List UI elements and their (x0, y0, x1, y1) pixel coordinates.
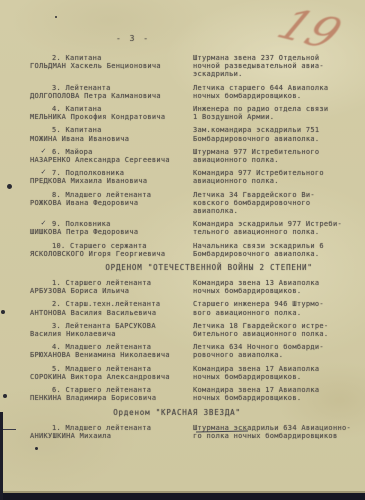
entry-position-line: Начальника связи эскадрильи 6 (193, 242, 363, 250)
entry-name: СОРОКИНА Виктора Александровича (22, 373, 190, 381)
entry-number-rank: 3. Лейтенанта (22, 84, 190, 92)
ink-speck (35, 447, 38, 450)
entry-name: МЕЛЬНИКА Прокофия Кондратовича (22, 113, 190, 121)
entry-position-line: Летчика 34 Гвардейского Ви- (193, 191, 363, 199)
entry-position-line: Летчика старшего 644 Авиаполка (193, 84, 363, 92)
entry-name: ДОЛГОПОЛОВА Петра Калмановича (22, 92, 190, 100)
entry-name: ШИШКОВА Петра Федоровича (22, 228, 190, 236)
entry-position-line: тельного авиационного полка. (193, 228, 363, 236)
entry-position-line: авиационного полка. (193, 156, 363, 164)
entry-position-unit: Зам.командира эскадрильи 751Бомбардирово… (193, 126, 363, 142)
entry-recipient: 2. Старш.техн.лейтенантаАНТОНОВА Василия… (22, 300, 190, 316)
entry-position-line: ночных бомбардировщиков. (193, 92, 363, 100)
award-list: 2. КапитанаГОЛЬДМАН Хаскель Бенционовича… (22, 54, 362, 445)
entry-number-rank: 4. Капитана (22, 105, 190, 113)
award-entry: 2. КапитанаГОЛЬДМАН Хаскель Бенционовича… (22, 54, 362, 79)
entry-position-line: ковского бомбардировочного (193, 199, 363, 207)
entry-position-line: Бомбардировочного авиаполка. (193, 250, 363, 258)
entry-position-line: Зам.командира эскадрильи 751 (193, 126, 363, 134)
award-entry: 5. Младшего лейтенантаСОРОКИНА Виктора А… (22, 365, 362, 381)
entry-recipient: 3. Лейтенанта БАРСУКОВАВасилия Николаеви… (22, 322, 190, 338)
entry-position-unit: Летчика 34 Гвардейского Ви-ковского бомб… (193, 191, 363, 216)
award-entry: 4. КапитанаМЕЛЬНИКА Прокофия Кондратович… (22, 105, 362, 121)
award-entry: ✓6. МайораНАЗАРЕНКО Александра Сергеевич… (22, 148, 362, 164)
entry-recipient: ✓6. МайораНАЗАРЕНКО Александра Сергеевич… (22, 148, 190, 164)
entry-position-unit: Старшего инженера 946 Штурмо-вого авиаци… (193, 300, 363, 316)
entry-position-unit: Командира звена 13 Авиаполканочных бомба… (193, 279, 363, 295)
award-entry: 6. Старшего лейтенантаПЕНКИНА Владимира … (22, 386, 362, 402)
award-entry: ✓7. ПодполковникаПРЕДКОВА Михаила Иванов… (22, 169, 362, 185)
entry-position-unit: Начальника связи эскадрильи 6Бомбардиров… (193, 242, 363, 258)
entry-number-rank: 2. Старш.техн.лейтенанта (22, 300, 190, 308)
entry-position-line: эскадрильи. (193, 70, 363, 78)
entry-number-rank: 2. Капитана (22, 54, 190, 62)
entry-position-unit: Летчика старшего 644 Авиаполканочных бом… (193, 84, 363, 100)
section-header: ОРДЕНОМ "ОТЕЧЕСТВЕННОЙ ВОЙНЫ 2 СТЕПЕНИ" (22, 263, 362, 272)
entry-number-rank: 10. Старшего сержанта (22, 242, 190, 250)
entry-position-line: вого авиационного полка. (193, 309, 363, 317)
entry-name: АНТОНОВА Василия Васильевича (22, 309, 190, 317)
award-entry: 5. КапитанаМОЖИНА Ивана ИвановичаЗам.ком… (22, 126, 362, 142)
entry-number-rank: 8. Младшего лейтенанта (22, 191, 190, 199)
entry-position-unit: Командира 977 Истребительногоавиационног… (193, 169, 363, 185)
entry-name: АРБУЗОВА Бориса Ильича (22, 287, 190, 295)
entry-number-rank: 5. Младшего лейтенанта (22, 365, 190, 373)
entry-name: БРЮХАНОВА Вениамина Николаевича (22, 351, 190, 359)
entry-position-unit: Командира звена 17 Авиаполканочных бомба… (193, 386, 363, 402)
entry-recipient: 2. КапитанаГОЛЬДМАН Хаскель Бенционовича (22, 54, 190, 79)
entry-recipient: 10. Старшего сержантаЯСКОЛОВСКОГО Игоря … (22, 242, 190, 258)
scanned-award-document: - 3 - 19 2. КапитанаГОЛЬДМАН Хаскель Бен… (0, 0, 365, 500)
award-entry: 3. Лейтенанта БАРСУКОВАВасилия Николаеви… (22, 322, 362, 338)
entry-name: Василия Николаевича (22, 330, 190, 338)
handwritten-check-icon: ✓ (41, 218, 46, 227)
section-header: Орденом "КРАСНАЯ ЗВЕЗДА" (22, 408, 362, 417)
entry-position-line: ночных бомбардировщиков. (193, 287, 363, 295)
entry-position-line: Командира 977 Истребительного (193, 169, 363, 177)
entry-recipient: 1. Младшего лейтенантаАНИКУШКИНА Михаила (22, 424, 190, 440)
entry-position-line: ночных бомбардировщиков. (193, 394, 363, 402)
entry-recipient: 5. Младшего лейтенантаСОРОКИНА Виктора А… (22, 365, 190, 381)
entry-position-line: Штурмана звена 237 Отдельной (193, 54, 363, 62)
entry-number-rank: 5. Капитана (22, 126, 190, 134)
entry-recipient: ✓9. ПолковникаШИШКОВА Петра Федоровича (22, 220, 190, 236)
entry-position-unit: Штурмана 977 Истребительногоавиационного… (193, 148, 363, 164)
entry-name: НАЗАРЕНКО Александра Сергеевича (22, 156, 190, 164)
award-entry: 3. ЛейтенантаДОЛГОПОЛОВА Петра Калманови… (22, 84, 362, 100)
handwritten-check-icon: ✓ (41, 146, 46, 155)
entry-recipient: 1. Старшего лейтенантаАРБУЗОВА Бориса Ил… (22, 279, 190, 295)
entry-recipient: 8. Младшего лейтенантаРОЖКОВА Ивана Федо… (22, 191, 190, 216)
entry-position-line: ночных бомбардировщиков. (193, 373, 363, 381)
entry-position-line: Старшего инженера 946 Штурмо- (193, 300, 363, 308)
entry-name: ЯСКОЛОВСКОГО Игоря Георгиевича (22, 250, 190, 258)
entry-position-line: Штурмана 977 Истребительного (193, 148, 363, 156)
entry-position-unit: Штурмана звена 237 Отдельнойночной разве… (193, 54, 363, 79)
entry-position-line: Командира эскадрильи 977 Истреби- (193, 220, 363, 228)
award-entry: 8. Младшего лейтенантаРОЖКОВА Ивана Федо… (22, 191, 362, 216)
award-entry: 1. Младшего лейтенантаАНИКУШКИНА Михаила… (22, 424, 362, 440)
page-number: - 3 - (116, 34, 150, 43)
entry-position-line: ночной разведывательной авиа- (193, 62, 363, 70)
entry-recipient: 4. Младшего лейтенантаБРЮХАНОВА Вениамин… (22, 343, 190, 359)
entry-position-line: авиационного полка. (193, 177, 363, 185)
entry-position-unit: Летчика 18 Гвардейского истре-бительного… (193, 322, 363, 338)
entry-recipient: 6. Старшего лейтенантаПЕНКИНА Владимира … (22, 386, 190, 402)
entry-position-line: бительного авиационного полка. (193, 330, 363, 338)
entry-position-unit: Командира эскадрильи 977 Истреби-тельног… (193, 220, 363, 236)
entry-recipient: 3. ЛейтенантаДОЛГОПОЛОВА Петра Калманови… (22, 84, 190, 100)
entry-position-line: Бомбардировочного авиаполка. (193, 135, 363, 143)
award-entry: 2. Старш.техн.лейтенантаАНТОНОВА Василия… (22, 300, 362, 316)
entry-name: АНИКУШКИНА Михаила (22, 432, 190, 440)
entry-recipient: 4. КапитанаМЕЛЬНИКА Прокофия Кондратович… (22, 105, 190, 121)
entry-position-line: Инженера по радио отдела связи (193, 105, 363, 113)
entry-recipient: ✓7. ПодполковникаПРЕДКОВА Михаила Иванов… (22, 169, 190, 185)
entry-number-rank: 3. Лейтенанта БАРСУКОВА (22, 322, 190, 330)
ink-speck (3, 394, 7, 398)
entry-position-unit: Летчика 634 Ночного бомбарди-ровочного а… (193, 343, 363, 359)
entry-position-line: Летчика 18 Гвардейского истре- (193, 322, 363, 330)
award-entry: 4. Младшего лейтенантаБРЮХАНОВА Вениамин… (22, 343, 362, 359)
entry-position-line: 1 Воздушной Армии. (193, 113, 363, 121)
scan-background-edge (0, 412, 3, 500)
scan-background-edge (0, 493, 365, 500)
ink-speck (1, 310, 5, 314)
entry-position-line: Летчика 634 Ночного бомбарди- (193, 343, 363, 351)
handwritten-red-number: 19 (270, 3, 347, 56)
entry-position-line: го полка ночных бомбардировщиков (193, 432, 363, 440)
entry-position-line: авиаполка. (193, 207, 363, 215)
entry-number-rank: 1. Младшего лейтенанта (22, 424, 190, 432)
entry-name: РОЖКОВА Ивана Федоровича (22, 199, 190, 207)
entry-position-line: ровочного авиаполка. (193, 351, 363, 359)
entry-position-line: Командира звена 17 Авиаполка (193, 365, 363, 373)
ink-speck (55, 16, 57, 18)
entry-name: МОЖИНА Ивана Ивановича (22, 135, 190, 143)
entry-position-unit: Инженера по радио отдела связи1 Воздушно… (193, 105, 363, 121)
award-entry: 1. Старшего лейтенантаАРБУЗОВА Бориса Ил… (22, 279, 362, 295)
award-entry: ✓9. ПолковникаШИШКОВА Петра ФедоровичаКо… (22, 220, 362, 236)
entry-name: ГОЛЬДМАН Хаскель Бенционовича (22, 62, 190, 70)
ink-speck (7, 184, 12, 189)
entry-recipient: 5. КапитанаМОЖИНА Ивана Ивановича (22, 126, 190, 142)
handwritten-check-icon: ✓ (41, 167, 46, 176)
award-entry: 10. Старшего сержантаЯСКОЛОВСКОГО Игоря … (22, 242, 362, 258)
entry-position-unit: Командира звена 17 Авиаполканочных бомба… (193, 365, 363, 381)
entry-name: ПЕНКИНА Владимира Борисовича (22, 394, 190, 402)
entry-name: ПРЕДКОВА Михаила Ивановича (22, 177, 190, 185)
entry-number-rank: 6. Майора (22, 148, 190, 156)
